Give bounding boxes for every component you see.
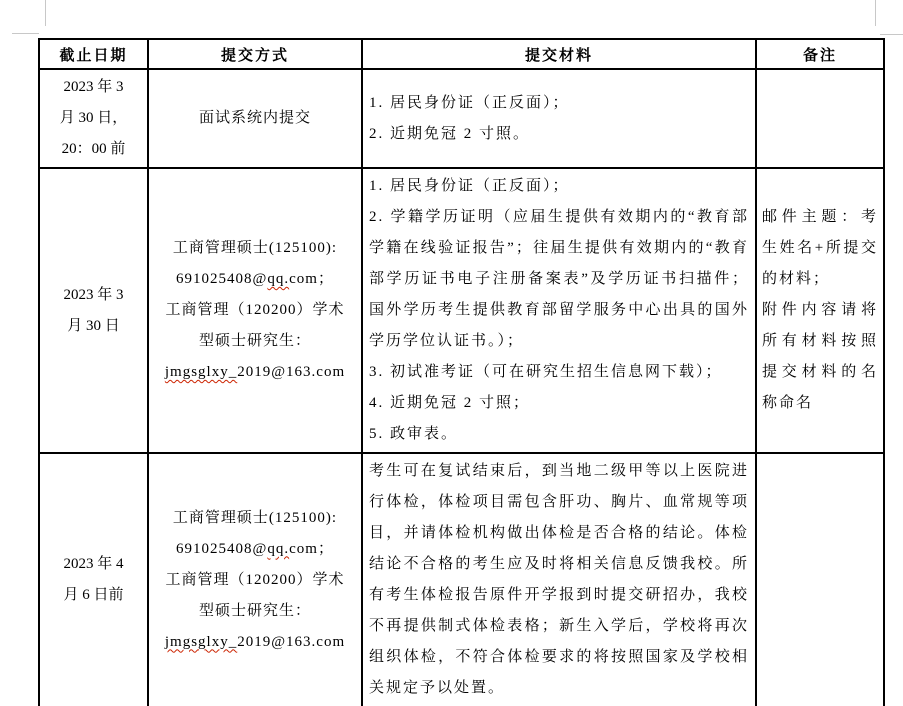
materials-item: 2. 学籍学历证明（应届生提供有效期内的“教育部学籍在线验证报告”；往届生提供有… bbox=[369, 202, 749, 357]
materials-item: 1. 居民身份证（正反面）； bbox=[369, 88, 749, 119]
table-header-row: 截止日期 提交方式 提交材料 备注 bbox=[39, 39, 884, 69]
remarks-paragraph: 附件内容请将所有材料按照提交材料的名称命名 bbox=[762, 295, 878, 419]
method-cell: 工商管理硕士(125100): 691025408@qq.com； 工商管理（1… bbox=[148, 168, 362, 453]
materials-cell: 1. 居民身份证（正反面）； 2. 近期免冠 2 寸照。 bbox=[362, 69, 756, 168]
materials-cell: 1. 居民身份证（正反面）； 2. 学籍学历证明（应届生提供有效期内的“教育部学… bbox=[362, 168, 756, 453]
deadline-cell: 2023 年 3 月 30 日 bbox=[39, 168, 148, 453]
email-text: 691025408@ bbox=[176, 271, 267, 287]
email-text: 2019@163.com bbox=[237, 634, 345, 650]
header-submission-materials: 提交材料 bbox=[362, 39, 756, 69]
submission-requirements-table: 截止日期 提交方式 提交材料 备注 2023 年 3 月 30 日， 20：00… bbox=[38, 38, 885, 706]
method-email-line: 691025408@qq.com； bbox=[153, 534, 357, 565]
crop-mark-top-left-horizontal bbox=[12, 33, 39, 34]
email-text: com； bbox=[289, 271, 334, 287]
spellcheck-underlined-text: jmgsglxy_ bbox=[165, 364, 237, 380]
method-text: 面试系统内提交 bbox=[153, 103, 357, 134]
remarks-paragraph: 邮件主题：考生姓名+所提交的材料； bbox=[762, 202, 878, 295]
remarks-cell bbox=[756, 453, 884, 706]
table-row: 2023 年 4 月 6 日前 工商管理硕士(125100): 69102540… bbox=[39, 453, 884, 706]
method-cell: 工商管理硕士(125100): 691025408@qq.com； 工商管理（1… bbox=[148, 453, 362, 706]
materials-item: 2. 近期免冠 2 寸照。 bbox=[369, 119, 749, 150]
method-program-line: 型硕士研究生： bbox=[153, 596, 357, 627]
deadline-line: 月 6 日前 bbox=[63, 587, 123, 603]
materials-item: 3. 初试准考证（可在研究生招生信息网下载）； bbox=[369, 357, 749, 388]
materials-cell: 考生可在复试结束后，到当地二级甲等以上医院进行体检，体检项目需包含肝功、胸片、血… bbox=[362, 453, 756, 706]
deadline-line: 2023 年 3 bbox=[63, 287, 123, 303]
materials-item: 5. 政审表。 bbox=[369, 419, 749, 450]
deadline-line: 2023 年 3 bbox=[63, 79, 123, 95]
deadline-line: 月 30 日 bbox=[67, 318, 120, 334]
method-email-line: jmgsglxy_2019@163.com bbox=[153, 627, 357, 658]
method-email-line: 691025408@qq.com； bbox=[153, 264, 357, 295]
deadline-line: 20：00 前 bbox=[62, 141, 126, 157]
method-cell: 面试系统内提交 bbox=[148, 69, 362, 168]
remarks-cell bbox=[756, 69, 884, 168]
email-text: com； bbox=[289, 541, 334, 557]
spellcheck-underlined-text: qq. bbox=[267, 271, 289, 287]
method-program-line: 工商管理硕士(125100): bbox=[153, 233, 357, 264]
materials-item: 4. 近期免冠 2 寸照； bbox=[369, 388, 749, 419]
table-row: 2023 年 3 月 30 日 工商管理硕士(125100): 69102540… bbox=[39, 168, 884, 453]
email-text: 691025408@ bbox=[176, 541, 267, 557]
deadline-cell: 2023 年 4 月 6 日前 bbox=[39, 453, 148, 706]
deadline-cell: 2023 年 3 月 30 日， 20：00 前 bbox=[39, 69, 148, 168]
deadline-line: 月 30 日， bbox=[60, 110, 128, 126]
crop-mark-top-left-vertical bbox=[45, 0, 46, 26]
header-deadline: 截止日期 bbox=[39, 39, 148, 69]
header-submission-method: 提交方式 bbox=[148, 39, 362, 69]
header-remarks: 备注 bbox=[756, 39, 884, 69]
email-text: 2019@163.com bbox=[237, 364, 345, 380]
document-page: 截止日期 提交方式 提交材料 备注 2023 年 3 月 30 日， 20：00… bbox=[0, 0, 903, 706]
method-email-line: jmgsglxy_2019@163.com bbox=[153, 357, 357, 388]
materials-item: 1. 居民身份证（正反面）； bbox=[369, 171, 749, 202]
method-program-line: 工商管理（120200）学术 bbox=[153, 295, 357, 326]
crop-mark-top-right-vertical bbox=[875, 0, 876, 26]
deadline-line: 2023 年 4 bbox=[63, 556, 123, 572]
crop-mark-top-right-horizontal bbox=[880, 34, 903, 35]
method-program-line: 工商管理硕士(125100): bbox=[153, 503, 357, 534]
remarks-cell: 邮件主题：考生姓名+所提交的材料； 附件内容请将所有材料按照提交材料的名称命名 bbox=[756, 168, 884, 453]
materials-paragraph: 考生可在复试结束后，到当地二级甲等以上医院进行体检，体检项目需包含肝功、胸片、血… bbox=[369, 456, 749, 704]
table-row: 2023 年 3 月 30 日， 20：00 前 面试系统内提交 1. 居民身份… bbox=[39, 69, 884, 168]
spellcheck-underlined-text: jmgsglxy_ bbox=[165, 634, 237, 650]
spellcheck-underlined-text: qq. bbox=[267, 541, 289, 557]
method-program-line: 型硕士研究生： bbox=[153, 326, 357, 357]
method-program-line: 工商管理（120200）学术 bbox=[153, 565, 357, 596]
